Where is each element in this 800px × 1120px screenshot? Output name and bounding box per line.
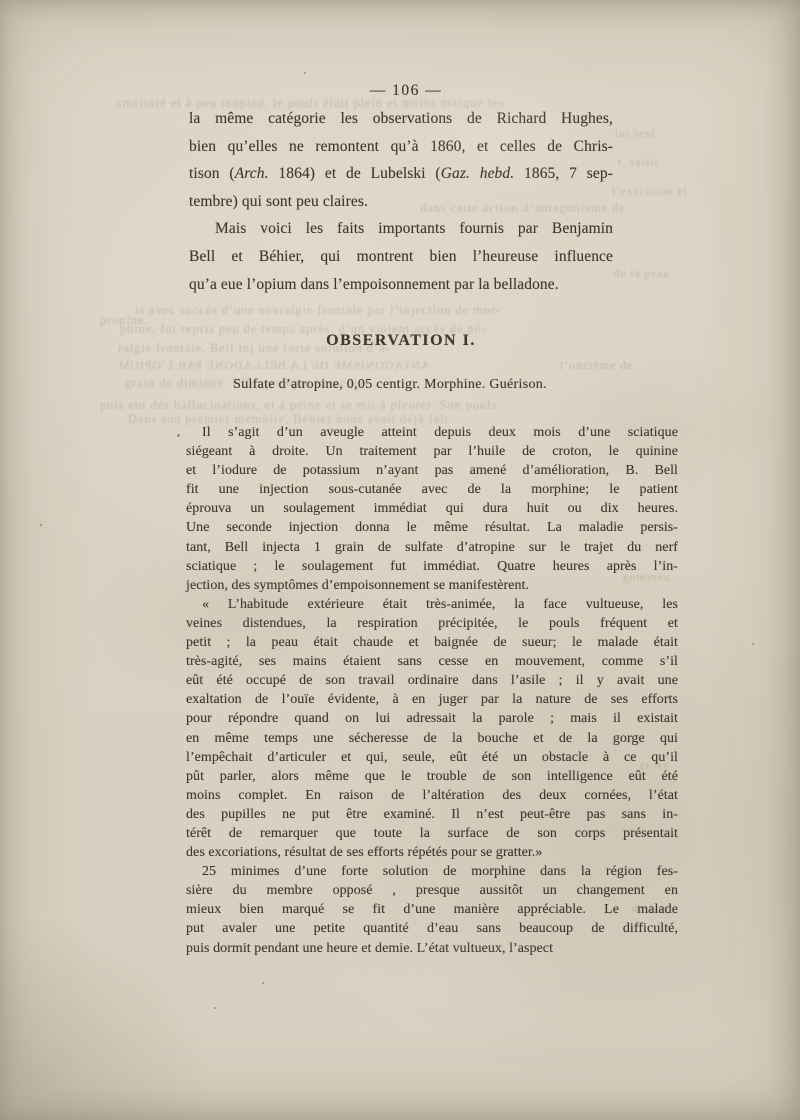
text-line: pût parler, alors même que le trouble de… xyxy=(186,767,678,786)
ink-speck xyxy=(214,1007,216,1009)
text-line: moins complet. En raison de l’altération… xyxy=(186,786,678,805)
text-line: tant, Bell injecta 1 grain de sulfate d’… xyxy=(186,538,678,557)
text-line: tison (Arch. 1864) et de Lubelski (Gaz. … xyxy=(189,160,613,188)
text-line: veines distendues, la respiration précip… xyxy=(186,614,678,633)
text-line: jection, des symptômes d’empoisonnement … xyxy=(186,576,678,595)
observation-heading: OBSERVATION I. xyxy=(0,332,800,350)
text-line: Mais voici les faits importants fournis … xyxy=(189,215,613,243)
text-line: pour répondre quand on lui adressait la … xyxy=(186,709,678,728)
text-line: petit ; la peau était chaude et baignée … xyxy=(186,633,678,652)
text-line: qu’a eue l’opium dans l’empoisonnement p… xyxy=(189,271,613,299)
text-line: mieux bien marqué se fit d’une manière a… xyxy=(186,900,678,919)
observation-body: Il s’agit d’un aveugle atteint depuis de… xyxy=(186,423,678,958)
text-line: des pupilles ne put être examiné. Il n’e… xyxy=(186,805,678,824)
bleedthrough-text: is avec succès d’une névralgie frontale … xyxy=(135,303,501,318)
text-line: en même temps une sécheresse de la bouch… xyxy=(186,729,678,748)
text-line: Une seconde injection donna le même résu… xyxy=(186,518,678,537)
text-line: eût été occupé de son travail ordinaire … xyxy=(186,671,678,690)
text-line: très-agité, ses mains étaient sans cesse… xyxy=(186,652,678,671)
bleedthrough-text: l’exécution et xyxy=(612,186,688,198)
bleedthrough-text: propine. xyxy=(100,313,149,328)
text-line: bien qu’elles ne remontent qu’à 1860, et… xyxy=(189,133,613,161)
ink-speck xyxy=(177,434,180,437)
ink-speck xyxy=(262,982,264,984)
bleedthrough-text: lui seul xyxy=(615,128,656,140)
text-line: siégeant à droite. Un traitement par l’h… xyxy=(186,442,678,461)
text-line: des excoriations, résultat de ses effort… xyxy=(186,843,678,862)
observation-subtitle: Sulfate d’atropine, 0,05 centigr. Morphi… xyxy=(0,377,780,393)
bleedthrough-text: de la peau xyxy=(614,268,670,280)
text-line: sciatique ; le soulagement fut immédiat.… xyxy=(186,557,678,576)
bleedthrough-text: t. saisit xyxy=(618,157,659,169)
text-line: exaltation de l’ouïe évidente, à en juge… xyxy=(186,690,678,709)
text-line: puis dormit pendant une heure et demie. … xyxy=(186,939,678,958)
text-line: Il s’agit d’un aveugle atteint depuis de… xyxy=(186,423,678,442)
text-line: Bell et Béhier, qui montrent bien l’heur… xyxy=(189,243,613,271)
text-line: sière du membre opposé , presque aussitô… xyxy=(186,881,678,900)
text-line: l’empêchait d’articuler et qui, seule, e… xyxy=(186,748,678,767)
text-line: et l’iodure de potassium n’ayant pas ame… xyxy=(186,461,678,480)
text-line: térêt de remarquer que toute la surface … xyxy=(186,824,678,843)
text-line: fit une injection sous-cutanée avec de l… xyxy=(186,480,678,499)
text-line: éprouva un soulagement immédiat qui dura… xyxy=(186,499,678,518)
ink-speck xyxy=(40,524,42,526)
ink-speck xyxy=(752,643,754,645)
scanned-book-page: amélioré et à peu inopiné, le pouls étai… xyxy=(0,0,800,1120)
text-line: la même catégorie les observations de Ri… xyxy=(189,105,613,133)
bleedthrough-text: ANTAGONISME DE LA BELLADONE PAR L’OPIUM xyxy=(118,358,430,373)
text-line: put avaler une petite quantité d’eau san… xyxy=(186,919,678,938)
intro-paragraphs: la même catégorie les observations de Ri… xyxy=(189,105,613,298)
bleedthrough-text: l’onzième de xyxy=(560,358,633,373)
ink-speck xyxy=(304,72,306,74)
text-line: 25 minimes d’une forte solution de morph… xyxy=(186,862,678,881)
text-line: tembre) qui sont peu claires. xyxy=(189,188,613,216)
bleedthrough-text: puis eut des hallucinations, et à peine … xyxy=(100,398,497,413)
page-number: — 106 — xyxy=(6,82,800,100)
text-line: « L’habitude extérieure était très-animé… xyxy=(186,595,678,614)
